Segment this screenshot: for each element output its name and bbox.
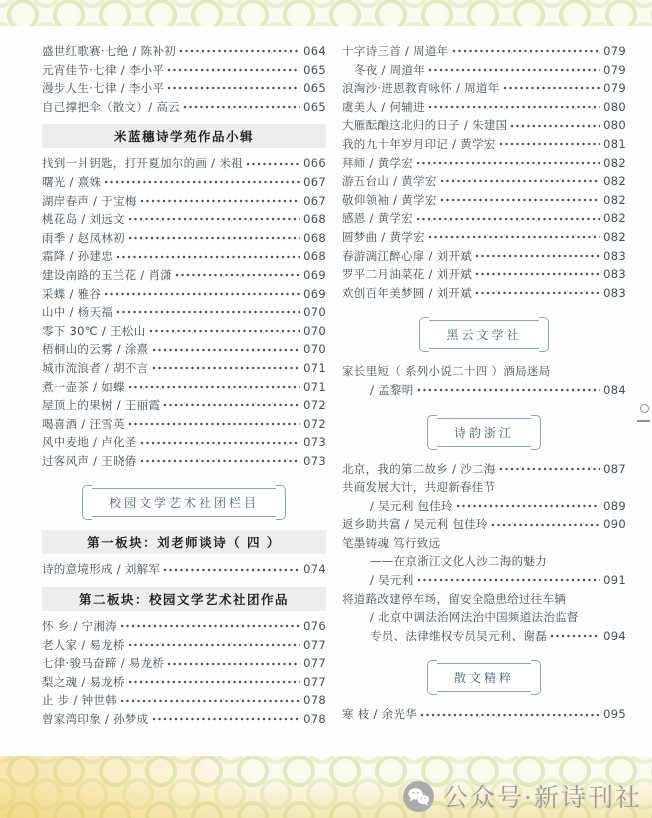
page-number: 071	[303, 378, 326, 397]
plaque: 散文精粹	[342, 663, 626, 692]
entry-title: 建设南路的玉兰花 / 肖潇	[42, 266, 172, 285]
leader-dots	[456, 504, 600, 508]
toc-entry-line: 虞美人 / 何辅进080	[342, 98, 626, 117]
leader-dots	[428, 105, 600, 109]
page-number: 069	[303, 285, 326, 304]
entry-title: 浪淘沙·进恩教育咏怀 / 周道年	[342, 79, 500, 98]
toc-entry-line: 圆梦曲 / 黄学宏082	[342, 228, 626, 247]
entry-title: 自己撑把伞（散文）/ 高云	[42, 98, 180, 117]
leader-dots	[140, 199, 300, 203]
entry-title: 圆梦曲 / 黄学宏	[342, 228, 425, 247]
entry-title: 采蝶 / 雅谷	[42, 285, 101, 304]
toc-entry-line: / 吴元利091	[342, 571, 626, 590]
entry-title: 游五台山 / 黄学宏	[342, 172, 437, 191]
entry-title: 零下 30℃ / 王松山	[42, 322, 146, 341]
page-number: 084	[603, 381, 626, 400]
plaque-frame: 诗韵浙江	[433, 418, 535, 447]
binding-mark	[637, 404, 650, 422]
entry-title: 老人家 / 易龙桥	[42, 636, 125, 655]
leader-dots	[499, 467, 600, 471]
entry-title: 怀 乡 / 宁湘涛	[42, 617, 117, 636]
entry-title: 止 步 / 钟世韩	[42, 691, 117, 710]
toc-entry-line: 曾家湾印象 / 孙梦成078	[42, 710, 326, 729]
leader-dots	[104, 180, 300, 184]
toc-entry-line: 采蝶 / 雅谷069	[42, 285, 326, 304]
page-number: 073	[303, 433, 326, 452]
page-number: 080	[603, 98, 626, 117]
toc-entry-line: 大雁酝酿这北归的日子 / 朱建国080	[342, 116, 626, 135]
leader-dots	[175, 273, 300, 277]
toc-entry-line: 北京，我的第二故乡 / 沙二海087	[342, 460, 626, 479]
entry-title: 桃花岛 / 刘远文	[42, 210, 125, 229]
leader-dots	[140, 441, 300, 445]
leader-dots	[428, 235, 600, 239]
toc-entry-line: 笔墨铸魂 笃行致远	[342, 534, 626, 553]
leader-dots	[104, 292, 300, 296]
entry-title: 湖岸春声 / 于宝梅	[42, 192, 137, 211]
page-number: 072	[303, 415, 326, 434]
entry-title: 漫步人生·七律 / 李小平	[42, 79, 164, 98]
toc-entry-line: 春游漓江醉心扉 / 刘开斌083	[342, 247, 626, 266]
plaque-frame: 黑云文学社	[425, 320, 542, 349]
page-number: 079	[603, 79, 626, 98]
entry-title: 山中 / 杨天福	[42, 303, 113, 322]
page-number: 089	[603, 497, 626, 516]
leader-dots	[491, 523, 600, 527]
page-number: 070	[303, 322, 326, 341]
page-number: 082	[603, 228, 626, 247]
entry-title: 霜降 / 孙建忠	[42, 247, 113, 266]
page-number: 067	[303, 192, 326, 211]
toc-entry-line: 曙光 / 熹姝067	[42, 173, 326, 192]
leader-dots	[452, 49, 601, 53]
page-number: 078	[303, 710, 326, 729]
toc-entry-line: 寒 枝 / 余光华095	[342, 705, 626, 724]
entry-title: 欢创百年美梦圆 / 刘开斌	[342, 284, 472, 303]
toc-entry-line: 梧桐山的云雾 / 涂熹070	[42, 340, 326, 359]
leader-dots	[183, 105, 300, 109]
toc-entry-line: 建设南路的玉兰花 / 肖潇069	[42, 266, 326, 285]
toc-entry-line: 拜师 / 黄学宏082	[342, 154, 626, 173]
page-number: 068	[303, 247, 326, 266]
page-number: 066	[303, 154, 326, 173]
toc-entry-line: 老人家 / 易龙桥077	[42, 636, 326, 655]
leader-dots	[510, 124, 600, 128]
page-number: 079	[603, 61, 626, 80]
page-number: 068	[303, 210, 326, 229]
page-number: 074	[303, 560, 326, 579]
page-number: 094	[603, 627, 626, 646]
page-number: 077	[303, 673, 326, 692]
entry-title: 元宵佳节·七律 / 李小平	[42, 61, 164, 80]
page-number: 072	[303, 396, 326, 415]
plaque-label: 散文精粹	[454, 671, 514, 685]
plaque-label: 诗韵浙江	[454, 426, 514, 440]
page-number: 076	[303, 617, 326, 636]
page-number: 070	[303, 340, 326, 359]
toc-entry-line: 我的九十年岁月印记 / 黄学宏081	[342, 135, 626, 154]
page-number: 082	[603, 154, 626, 173]
page-number: 068	[303, 229, 326, 248]
toc-entry-line: 盛世红歌赛·七绝 / 陈补初064	[42, 42, 326, 61]
entry-title: 返乡助共富 / 吴元利 包佳玲	[342, 515, 488, 534]
page-number: 073	[303, 452, 326, 471]
entry-title: 将道路改建停车场，留安全隐患给过往车辆	[342, 590, 566, 609]
toc-entry-line: 过客风声 / 王晓偆073	[42, 452, 326, 471]
entry-title: 曾家湾印象 / 孙梦成	[42, 710, 149, 729]
section-header: 第二板块：校园文学艺术社团作品	[42, 587, 326, 611]
toc-entry-line: 冬夜 / 周道年079	[342, 61, 626, 80]
leader-dots	[128, 643, 300, 647]
toc-entry-line: 湖岸春声 / 于宝梅067	[42, 192, 326, 211]
leader-dots	[128, 680, 300, 684]
toc-entry-line: 桃花岛 / 刘远文068	[42, 210, 326, 229]
plaque-frame: 校园文学艺术社团栏目	[88, 488, 280, 517]
entry-title: 感恩 / 黄学宏	[342, 209, 413, 228]
page-number: 069	[303, 266, 326, 285]
toc-entry-line: 山中 / 杨天福070	[42, 303, 326, 322]
leader-dots	[116, 255, 300, 259]
wechat-icon	[403, 781, 434, 812]
leader-dots	[128, 236, 300, 240]
toc-entry-line: 自己撑把伞（散文）/ 高云065	[42, 98, 326, 117]
entry-title: 找到一爿钥匙，打开夏加尔的画 / 米祖	[42, 154, 243, 173]
entry-title: 诗的意境形成 / 刘解军	[42, 560, 160, 579]
leader-dots	[475, 291, 600, 295]
plaque: 诗韵浙江	[342, 418, 626, 447]
page-number: 070	[303, 303, 326, 322]
page-number: 078	[303, 691, 326, 710]
page-number: 079	[603, 42, 626, 61]
section-header: 第一板块：刘老师谈诗（ 四 ）	[42, 530, 326, 554]
entry-title: 罗平二月油菜花 / 刘开斌	[342, 265, 472, 284]
toc-entry-line: / 孟黎明084	[342, 381, 626, 400]
leader-dots	[417, 578, 601, 582]
leader-dots	[420, 713, 600, 717]
page-number: 065	[303, 61, 326, 80]
toc-entry-line: 共商发展大计，共迎新春佳节	[342, 478, 626, 497]
binding-mark-line	[637, 420, 650, 422]
page-number: 082	[603, 172, 626, 191]
leader-dots	[163, 403, 300, 407]
entry-title: 虞美人 / 何辅进	[342, 98, 425, 117]
entry-title: 大雁酝酿这北归的日子 / 朱建国	[342, 116, 507, 135]
toc-entry-line: 浪淘沙·进恩教育咏怀 / 周道年079	[342, 79, 626, 98]
toc-entry-line: 霜降 / 孙建忠068	[42, 247, 326, 266]
entry-title: 家长里短（ 系列小说二十四 ）酒局迷局	[342, 362, 551, 381]
entry-title: 煮一壶茶 / 如蝶	[42, 378, 125, 397]
leader-dots	[152, 366, 301, 370]
toc-entry-line: ——在京浙江文化人沙二海的魅力	[342, 552, 626, 571]
entry-title: 共商发展大计，共迎新春佳节	[342, 478, 495, 497]
page-number: 082	[603, 191, 626, 210]
entry-title: 盛世红歌赛·七绝 / 陈补初	[42, 42, 176, 61]
toc-entry-line: 专员、法律维权专员吴元利、谢磊094	[342, 627, 626, 646]
toc-entry-line: / 吴元利 包佳玲089	[342, 497, 626, 516]
toc-entry-line: 风中麦地 / 卢化圣073	[42, 433, 326, 452]
page-number: 081	[603, 135, 626, 154]
toc-entry-line: 七律·骏马奋蹄 / 易龙桥077	[42, 654, 326, 673]
leader-dots	[428, 68, 600, 72]
leader-dots	[440, 179, 600, 183]
entry-title: 七律·骏马奋蹄 / 易龙桥	[42, 654, 164, 673]
entry-title: 雨季 / 赵凤林初	[42, 229, 125, 248]
page-number: 071	[303, 359, 326, 378]
leader-dots	[128, 217, 300, 221]
toc-entry-line: / 北京中调法治网法治中国频道法治监督	[342, 608, 626, 627]
leader-dots	[140, 459, 300, 463]
plaque-frame: 散文精粹	[433, 663, 535, 692]
toc-entry-line: 诗的意境形成 / 刘解军074	[42, 560, 326, 579]
leader-dots	[246, 162, 300, 166]
leader-dots	[152, 717, 301, 721]
toc-entry-line: 敬仰领袖 / 黄学宏082	[342, 191, 626, 210]
page-number: 091	[603, 571, 626, 590]
toc-entry-line: 漫步人生·七律 / 李小平065	[42, 79, 326, 98]
table-of-contents: 盛世红歌赛·七绝 / 陈补初064元宵佳节·七律 / 李小平065漫步人生·七律…	[0, 26, 652, 756]
page-number: 083	[603, 265, 626, 284]
entry-title: 屋顶上的果树 / 王丽霞	[42, 396, 160, 415]
leader-dots	[475, 254, 600, 258]
entry-title: 拜师 / 黄学宏	[342, 154, 413, 173]
entry-title: 专员、法律维权专员吴元利、谢磊	[370, 627, 547, 646]
leader-dots	[116, 310, 300, 314]
entry-title: 我的九十年岁月印记 / 黄学宏	[342, 135, 496, 154]
toc-entry-line: 将道路改建停车场，留安全隐患给过往车辆	[342, 590, 626, 609]
page-number: 083	[603, 284, 626, 303]
leader-dots	[167, 662, 300, 666]
page-number: 087	[603, 460, 626, 479]
entry-title: / 吴元利	[370, 571, 414, 590]
page-number: 064	[303, 42, 326, 61]
leader-dots	[167, 68, 300, 72]
entry-title: 笔墨铸魂 笃行致远	[342, 534, 440, 553]
border-pattern-top	[0, 0, 652, 26]
entry-title: 北京，我的第二故乡 / 沙二海	[342, 460, 496, 479]
leader-dots	[503, 86, 601, 90]
toc-entry-line: 喝喜酒 / 汪雪英072	[42, 415, 326, 434]
leader-dots	[163, 568, 300, 572]
entry-title: / 吴元利 包佳玲	[370, 497, 453, 516]
entry-title: / 孟黎明	[370, 381, 414, 400]
toc-entry-line: 城市流浪者 / 胡不言071	[42, 359, 326, 378]
toc-entry-line: 零下 30℃ / 王松山070	[42, 322, 326, 341]
leader-dots	[499, 142, 600, 146]
toc-entry-line: 感恩 / 黄学宏082	[342, 209, 626, 228]
toc-entry-line: 元宵佳节·七律 / 李小平065	[42, 61, 326, 80]
toc-column-left: 盛世红歌赛·七绝 / 陈补初064元宵佳节·七律 / 李小平065漫步人生·七律…	[42, 42, 326, 756]
leader-dots	[120, 624, 300, 628]
page-number: 077	[303, 654, 326, 673]
page-number: 077	[303, 636, 326, 655]
toc-entry-line: 欢创百年美梦圆 / 刘开斌083	[342, 284, 626, 303]
section-header: 米蓝穗诗学苑作品小辑	[42, 124, 326, 148]
entry-title: 十字诗三首 / 周道年	[342, 42, 449, 61]
entry-title: 寒 枝 / 余光华	[342, 705, 417, 724]
entry-title: 冬夜 / 周道年	[354, 61, 425, 80]
page-number: 082	[603, 209, 626, 228]
leader-dots	[550, 634, 600, 638]
toc-entry-line: 家长里短（ 系列小说二十四 ）酒局迷局	[342, 362, 626, 381]
entry-title: 过客风声 / 王晓偆	[42, 452, 137, 471]
page-number: 067	[303, 173, 326, 192]
toc-entry-line: 止 步 / 钟世韩078	[42, 691, 326, 710]
leader-dots	[417, 388, 601, 392]
leader-dots	[152, 348, 301, 352]
toc-entry-line: 返乡助共富 / 吴元利 包佳玲090	[342, 515, 626, 534]
binding-mark-circle	[640, 404, 649, 413]
page-number: 080	[603, 116, 626, 135]
page-number: 095	[603, 705, 626, 724]
entry-title: 梧桐山的云雾 / 涂熹	[42, 340, 149, 359]
entry-title: 喝喜酒 / 汪雪英	[42, 415, 125, 434]
entry-title: 风中麦地 / 卢化圣	[42, 433, 137, 452]
plaque-label: 黑云文学社	[446, 328, 521, 342]
entry-title: 梨之魂 / 易龙桥	[42, 673, 125, 692]
entry-title: ——在京浙江文化人沙二海的魅力	[370, 552, 547, 571]
page-number: 065	[303, 98, 326, 117]
leader-dots	[416, 161, 600, 165]
entry-title: 春游漓江醉心扉 / 刘开斌	[342, 247, 472, 266]
toc-entry-line: 梨之魂 / 易龙桥077	[42, 673, 326, 692]
watermark-label: 公众号·新诗刊社	[443, 778, 642, 814]
toc-entry-line: 屋顶上的果树 / 王丽霞072	[42, 396, 326, 415]
plaque-label: 校园文学艺术社团栏目	[109, 496, 259, 510]
leader-dots	[120, 699, 300, 703]
toc-entry-line: 雨季 / 赵凤林初068	[42, 229, 326, 248]
plaque: 校园文学艺术社团栏目	[42, 488, 326, 517]
toc-entry-line: 十字诗三首 / 周道年079	[342, 42, 626, 61]
watermark: 公众号·新诗刊社	[403, 778, 642, 814]
toc-entry-line: 找到一爿钥匙，打开夏加尔的画 / 米祖066	[42, 154, 326, 173]
leader-dots	[128, 422, 300, 426]
leader-dots	[416, 217, 600, 221]
toc-entry-line: 怀 乡 / 宁湘涛076	[42, 617, 326, 636]
entry-title: 曙光 / 熹姝	[42, 173, 101, 192]
page-number: 090	[603, 515, 626, 534]
toc-entry-line: 游五台山 / 黄学宏082	[342, 172, 626, 191]
leader-dots	[167, 86, 300, 90]
entry-title: 城市流浪者 / 胡不言	[42, 359, 149, 378]
page-number: 065	[303, 79, 326, 98]
entry-title: / 北京中调法治网法治中国频道法治监督	[370, 608, 579, 627]
leader-dots	[179, 49, 300, 53]
toc-entry-line: 煮一壶茶 / 如蝶071	[42, 378, 326, 397]
leader-dots	[128, 385, 300, 389]
toc-column-right: 十字诗三首 / 周道年079冬夜 / 周道年079浪淘沙·进恩教育咏怀 / 周道…	[342, 42, 626, 756]
leader-dots	[440, 198, 600, 202]
plaque: 黑云文学社	[342, 320, 626, 349]
entry-title: 敬仰领袖 / 黄学宏	[342, 191, 437, 210]
leader-dots	[149, 329, 301, 333]
leader-dots	[475, 272, 600, 276]
page-number: 083	[603, 247, 626, 266]
toc-entry-line: 罗平二月油菜花 / 刘开斌083	[342, 265, 626, 284]
